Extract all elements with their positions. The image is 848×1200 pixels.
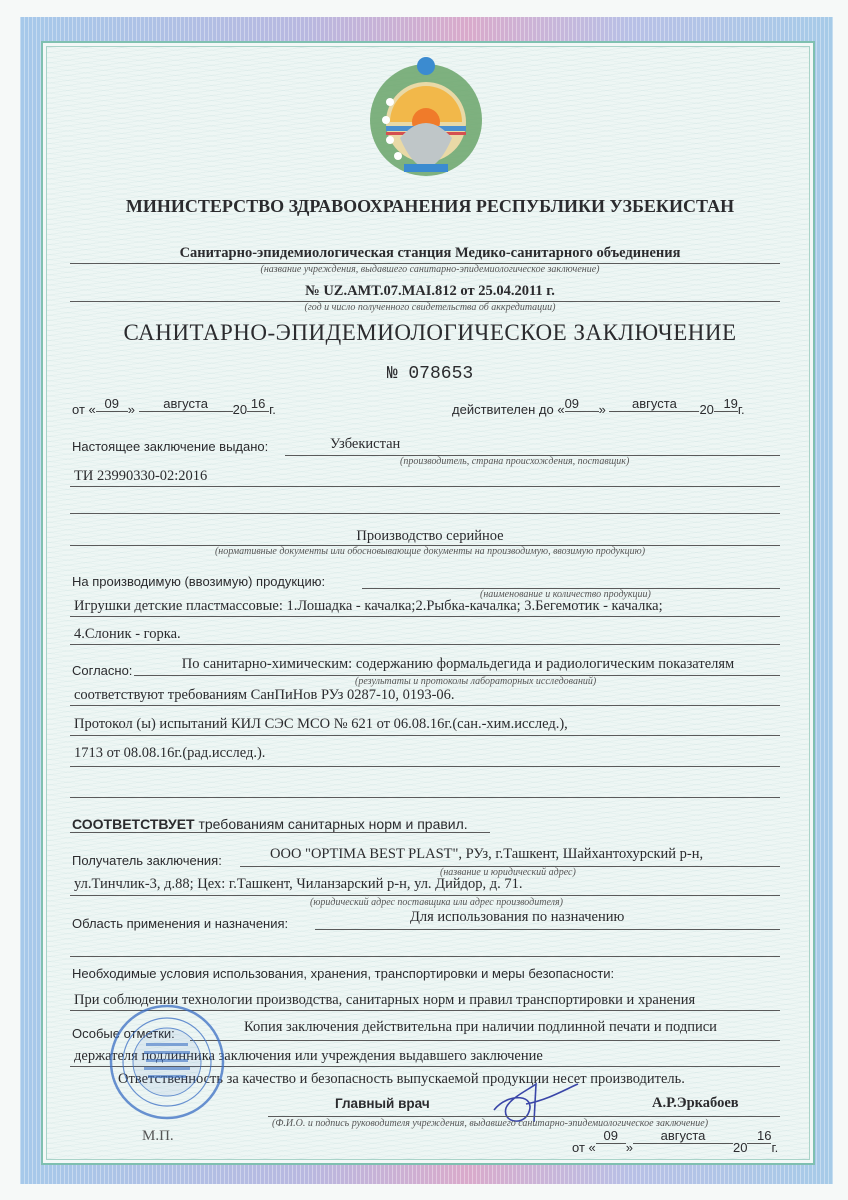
rule — [70, 616, 780, 617]
rule — [70, 644, 780, 645]
issued-to-label: Настоящее заключение выдано: — [72, 439, 268, 454]
rule — [70, 486, 780, 487]
rule — [70, 735, 780, 736]
rule — [70, 895, 780, 896]
conditions-label: Необходимые условия использования, хране… — [72, 966, 614, 981]
rule — [190, 1040, 780, 1041]
recipient-line-2: ул.Тинчлик-3, д.88; Цех: г.Ташкент, Чила… — [74, 876, 522, 893]
notes-line-1: Копия заключения действительна при налич… — [244, 1019, 717, 1036]
sign-date: от «09»августа2016г. — [572, 1140, 778, 1156]
rule — [268, 1116, 780, 1117]
according-line-1: По санитарно-химическим: содержанию форм… — [138, 656, 778, 673]
accreditation-caption: (год и число полученного свидетельства о… — [80, 302, 780, 313]
rule — [70, 766, 780, 767]
rule — [70, 956, 780, 957]
rule — [70, 797, 780, 798]
production-type: Производство серийное — [80, 528, 780, 545]
issuer-name: Санитарно-эпидемиологическая станция Мед… — [80, 245, 780, 262]
issued-to-caption: (производитель, страна происхождения, по… — [400, 456, 629, 467]
ministry-heading: МИНИСТЕРСТВО ЗДРАВООХРАНЕНИЯ РЕСПУБЛИКИ … — [60, 196, 800, 217]
issued-date: от «09» августа2016г. — [72, 402, 276, 418]
recipient-label: Получатель заключения: — [72, 853, 222, 868]
document-title: САНИТАРНО-ЭПИДЕМИОЛОГИЧЕСКОЕ ЗАКЛЮЧЕНИЕ — [60, 320, 800, 346]
conformity-statement: СООТВЕТСТВУЕТ требованиям санитарных нор… — [72, 816, 468, 832]
tech-spec: ТИ 23990330-02:2016 — [74, 468, 207, 485]
according-label: Согласно: — [72, 663, 132, 678]
rule — [70, 513, 780, 514]
product-label: На производимую (ввозимую) продукцию: — [72, 574, 325, 589]
according-line-2: соответствуют требованиям СанПиНов РУз 0… — [74, 687, 455, 704]
protocol-line-1: Протокол (ы) испытаний КИЛ СЭС МСО № 621… — [74, 716, 568, 733]
recipient-caption-2: (юридический адрес поставщика или адрес … — [310, 897, 563, 908]
production-caption: (нормативные документы или обосновывающи… — [80, 546, 780, 557]
protocol-line-2: 1713 от 08.08.16г.(рад.исслед.). — [74, 745, 265, 762]
stamp-mark: М.П. — [142, 1128, 174, 1145]
product-line-1: Игрушки детские пластмассовые: 1.Лошадка… — [74, 598, 663, 615]
issuer-caption: (название учреждения, выдавшего санитарн… — [80, 264, 780, 275]
issued-to-value: Узбекистан — [330, 436, 400, 453]
scope-label: Область применения и назначения: — [72, 916, 288, 931]
rule — [70, 705, 780, 706]
scope-value: Для использования по назначению — [410, 909, 624, 926]
state-emblem-icon — [360, 48, 492, 180]
rule — [315, 929, 780, 930]
official-stamp-icon — [108, 1003, 226, 1121]
chief-name: А.Р.Эркабоев — [652, 1095, 739, 1112]
rule — [70, 832, 490, 833]
product-line-2: 4.Слоник - горка. — [74, 626, 181, 643]
accreditation-number: № UZ.AMT.07.MAI.812 от 25.04.2011 г. — [80, 283, 780, 300]
recipient-line-1: ООО "OPTIMA BEST PLAST", РУз, г.Ташкент,… — [270, 846, 703, 863]
valid-until-date: действителен до «09» августа2019г. — [452, 402, 745, 418]
according-caption: (результаты и протоколы лабораторных исс… — [355, 676, 596, 687]
certificate-number: № 078653 — [60, 364, 800, 384]
chief-label: Главный врач — [335, 1096, 430, 1111]
